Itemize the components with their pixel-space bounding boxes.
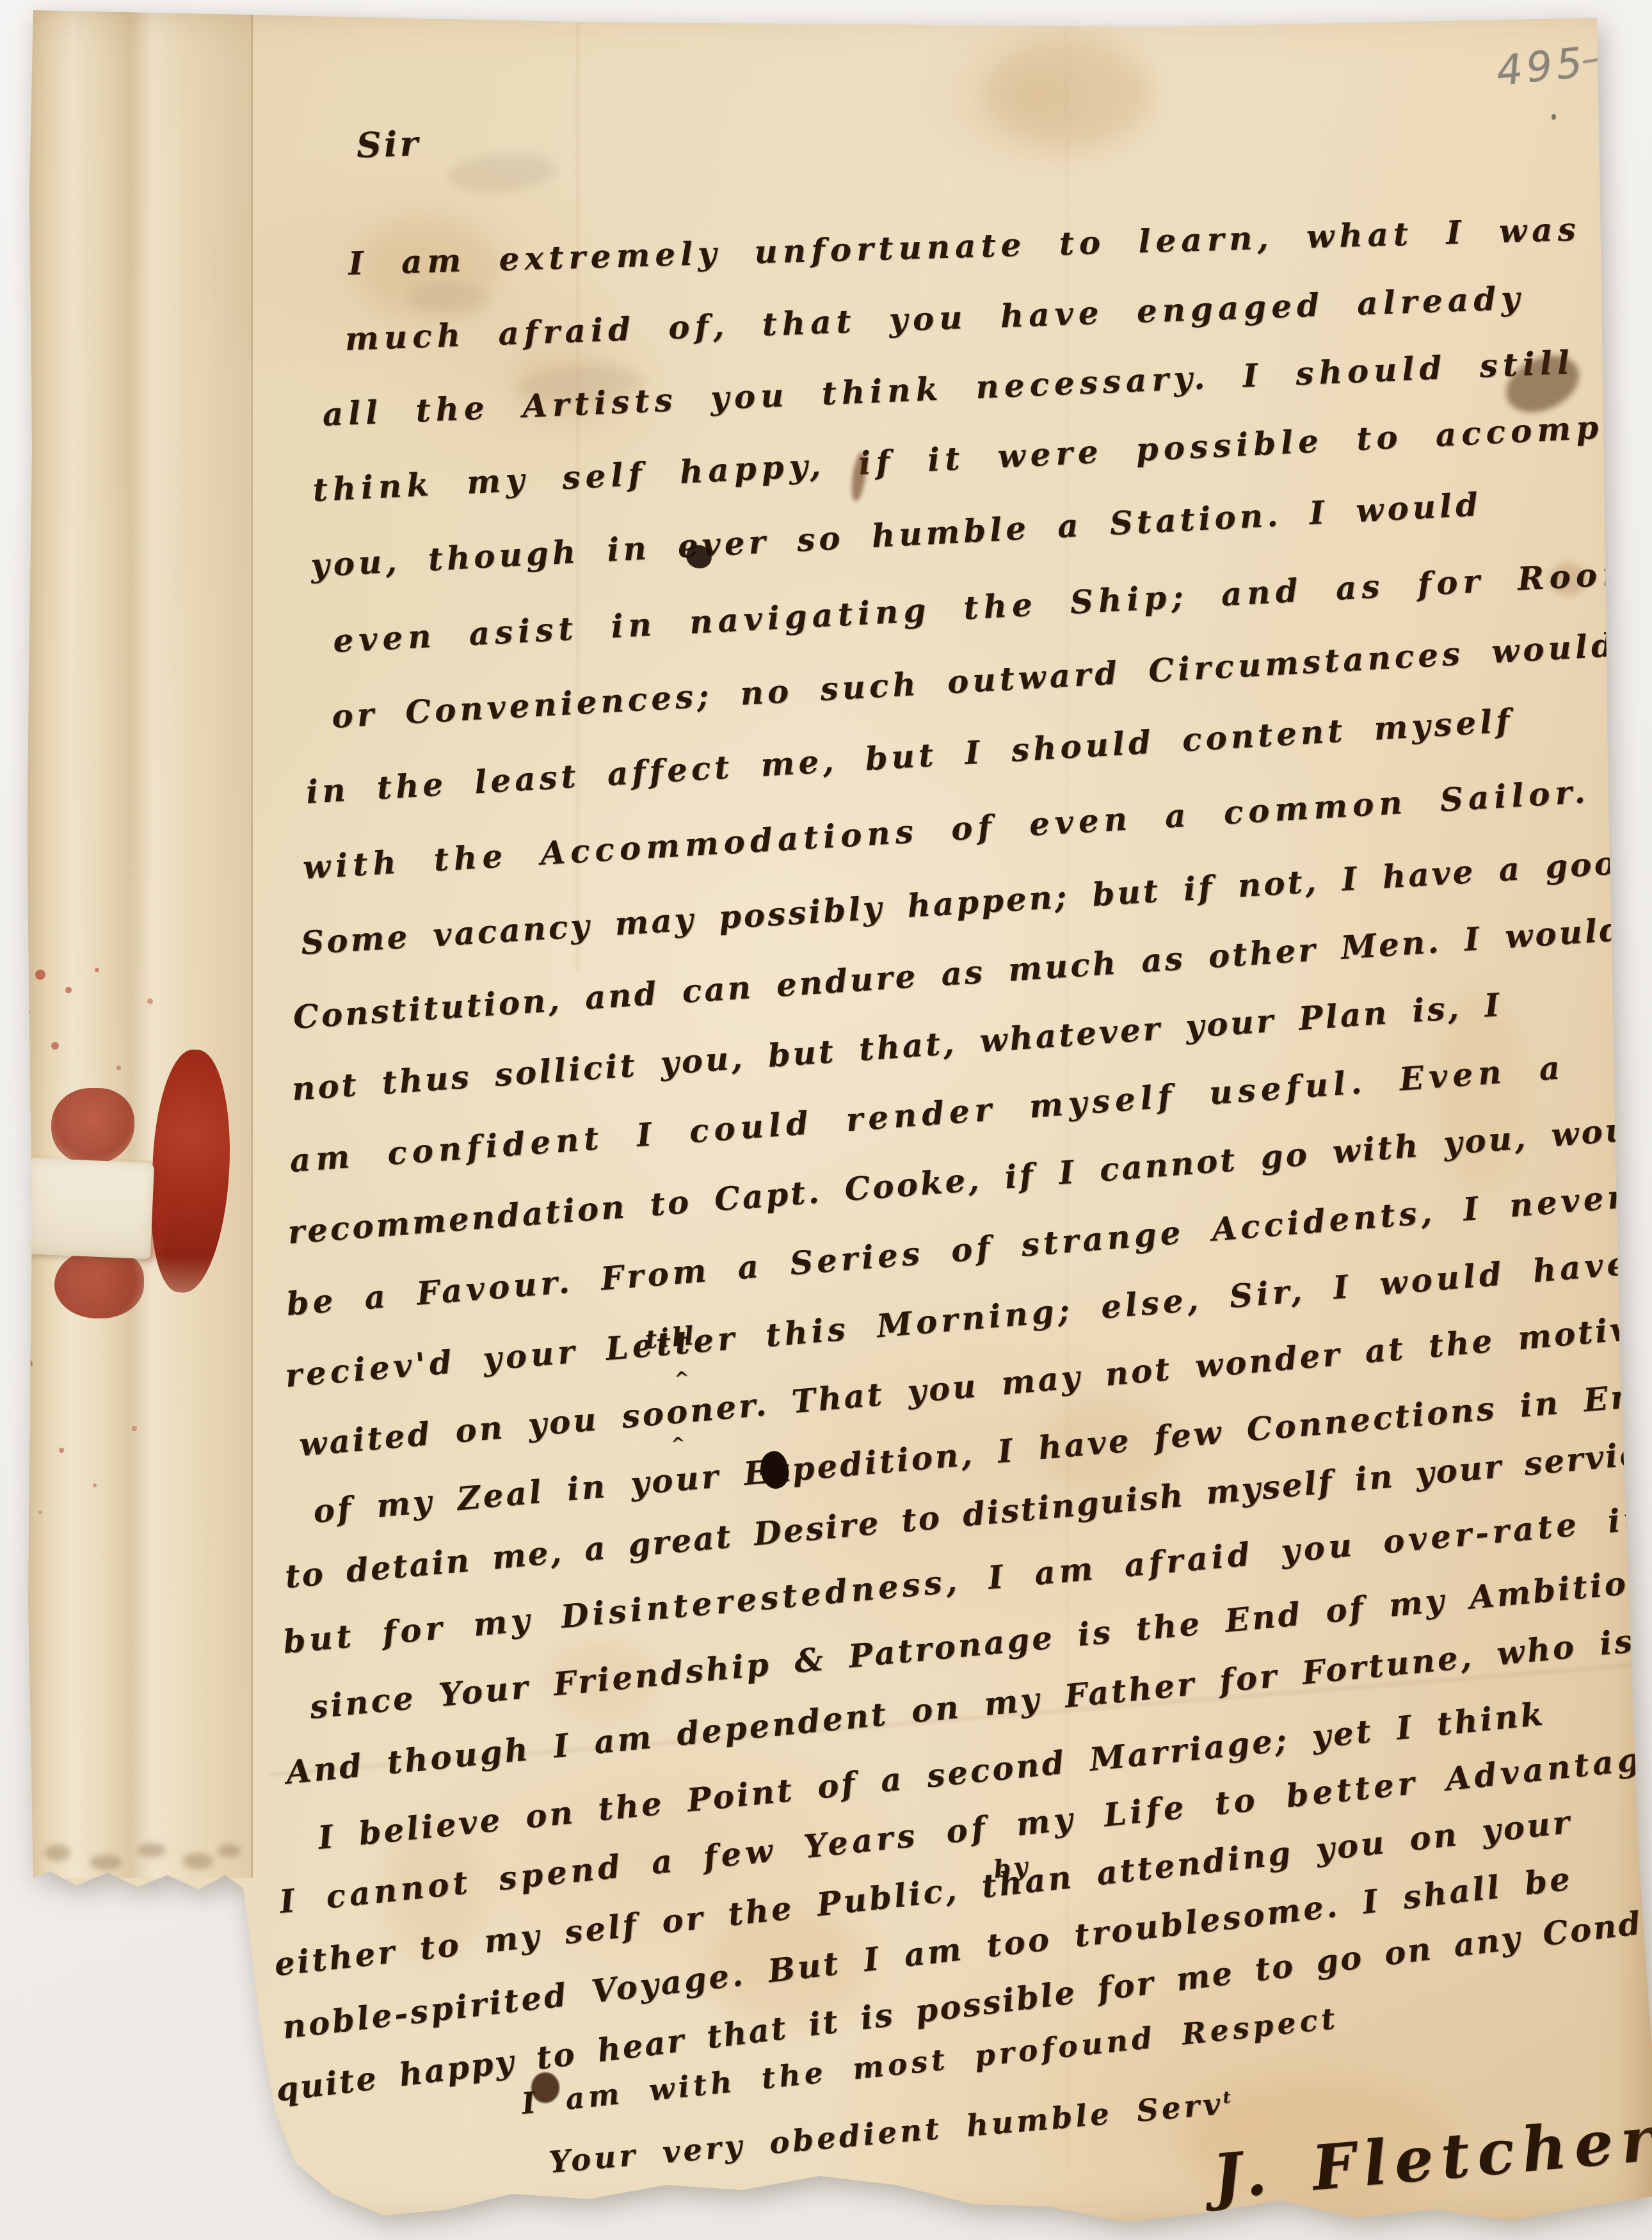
seal-spatter-dot xyxy=(59,1448,64,1453)
seal-spatter-dot xyxy=(51,1042,59,1050)
tear-stain xyxy=(90,1855,122,1870)
seal-spatter-dot xyxy=(93,1484,97,1487)
pencil-dot xyxy=(1552,114,1556,120)
folded-flap xyxy=(28,9,253,1878)
seal-spatter-dot xyxy=(38,1510,42,1514)
letter-line: I am extremely unfortunate to learn, wha… xyxy=(348,210,1581,282)
seal-spatter-dot xyxy=(132,1426,137,1431)
photo-backdrop: 495 Sir I am extremely unfortunate to le… xyxy=(0,0,1652,2240)
seal-spatter-dot xyxy=(35,970,45,980)
letter-paper: 495 Sir I am extremely unfortunate to le… xyxy=(0,0,1652,2240)
superscript-t: t xyxy=(1222,2088,1235,2108)
seal-spatter-dot xyxy=(18,1080,23,1085)
letter-line: much afraid of, that you have engaged al… xyxy=(344,279,1525,358)
caret-mark: ^ xyxy=(673,1367,693,1389)
smudge xyxy=(410,282,486,314)
caret-mark: ^ xyxy=(670,1434,688,1454)
signature: J. Fletcher xyxy=(1210,2102,1652,2213)
seal-spatter-dot xyxy=(116,1066,121,1070)
tear-stain xyxy=(138,1843,166,1857)
tear-stain xyxy=(45,1844,70,1861)
tear-stain xyxy=(218,1844,241,1857)
seal-spatter-dot xyxy=(147,998,153,1004)
seal-spatter-dot xyxy=(24,1010,30,1016)
seal-spatter-dot xyxy=(26,1360,33,1367)
insertion-by: by xyxy=(992,1851,1031,1884)
page-number-pencil: 495 xyxy=(1495,39,1589,95)
tear-stain xyxy=(182,1853,213,1869)
seal-spatter-dot xyxy=(65,987,72,993)
smudge xyxy=(447,150,558,196)
stain xyxy=(986,38,1152,147)
insertion-till: till xyxy=(644,1320,698,1355)
seal-spatter-dot xyxy=(95,968,99,972)
salutation: Sir xyxy=(356,123,421,166)
pencil-dash xyxy=(1582,52,1632,63)
paper-shadow: 495 Sir I am extremely unfortunate to le… xyxy=(0,0,1652,2240)
paper-strip xyxy=(0,1156,154,1260)
